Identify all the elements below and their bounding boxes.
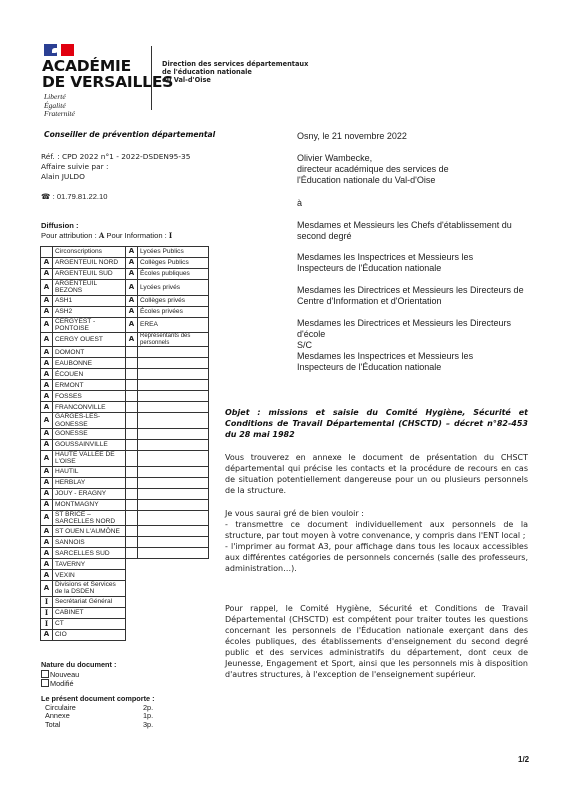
diffusion-legend: Pour attribution : A Pour Information : … xyxy=(41,231,172,240)
distribution-mark xyxy=(126,466,138,477)
table-row: CirconscriptionsALycées Publics xyxy=(41,247,209,258)
distribution-mark xyxy=(126,450,138,466)
recipient-name: ARGENTEUIL BEZONS xyxy=(53,280,126,296)
followed-by-name: Alain JULDO xyxy=(41,172,190,182)
empty-cell xyxy=(126,559,138,570)
legend-attribution-label: Pour attribution : xyxy=(41,231,97,240)
table-row: AERMONT xyxy=(41,380,209,391)
signatory-name: Olivier Wambecke, xyxy=(297,153,537,164)
nature-option-modifie[interactable]: Modifié xyxy=(41,679,116,689)
recipient-1: Mesdames et Messieurs les Chefs d'établi… xyxy=(297,220,529,242)
academy-line-2: DE VERSAILLES xyxy=(42,74,173,90)
empty-cell xyxy=(138,570,209,581)
distribution-mark: A xyxy=(41,295,53,306)
recipient-name: EAUBONNE xyxy=(53,358,126,369)
service-name: Conseiller de prévention départemental xyxy=(44,130,215,139)
table-row: AST BRICE – SARCELLES NORD xyxy=(41,510,209,526)
empty-cell xyxy=(126,596,138,607)
distribution-mark: I xyxy=(41,607,53,618)
table-row: AÉCOUEN xyxy=(41,369,209,380)
recipient-category xyxy=(138,380,209,391)
recipient-name: ARGENTEUIL NORD xyxy=(53,258,126,269)
distribution-mark: A xyxy=(126,269,138,280)
recipient-name: CABINET xyxy=(53,607,126,618)
diffusion-table: CirconscriptionsALycées PublicsAARGENTEU… xyxy=(40,246,209,641)
distribution-mark: A xyxy=(41,369,53,380)
recipient-3: Mesdames les Directrices et Messieurs le… xyxy=(297,285,529,307)
recipient-category xyxy=(138,439,209,450)
recipient-name: CIO xyxy=(53,629,126,640)
distribution-mark: A xyxy=(126,247,138,258)
recipient-category: Lycées privés xyxy=(138,280,209,296)
empty-cell xyxy=(126,618,138,629)
phone-number: : 01.79.81.22.10 xyxy=(53,192,108,201)
distribution-mark: A xyxy=(41,258,53,269)
recipient-name: ARGENTEUIL SUD xyxy=(53,269,126,280)
recipient-category: Représentants des personnels xyxy=(138,333,209,347)
nature-option-label: Modifié xyxy=(50,679,74,688)
table-row: ADOMONT xyxy=(41,347,209,358)
paragraph-1: Vous trouverez en annexe le document de … xyxy=(225,452,528,496)
distribution-mark: I xyxy=(41,596,53,607)
distribution-mark: A xyxy=(41,280,53,296)
table-row: ICT xyxy=(41,618,209,629)
distribution-mark xyxy=(126,548,138,559)
recipient-category: Écoles publiques xyxy=(138,269,209,280)
legend-information-label: Pour Information : xyxy=(106,231,166,240)
recipient-name: FOSSES xyxy=(53,391,126,402)
recipient-name: MONTMAGNY xyxy=(53,499,126,510)
signatory: Olivier Wambecke, directeur académique d… xyxy=(297,153,537,186)
recipient-name: JOUY - ERAGNY xyxy=(53,488,126,499)
distribution-mark xyxy=(126,526,138,537)
distribution-mark: A xyxy=(41,450,53,466)
distribution-mark: A xyxy=(41,439,53,450)
recipient-category: Collèges privés xyxy=(138,295,209,306)
table-row: AARGENTEUIL BEZONSALycées privés xyxy=(41,280,209,296)
recipient-name: DOMONT xyxy=(53,347,126,358)
recipient-category xyxy=(138,499,209,510)
table-row: AMONTMAGNY xyxy=(41,499,209,510)
direction-line-2: de l'éducation nationale xyxy=(162,68,308,76)
recipient-category xyxy=(138,450,209,466)
followed-by-label: Affaire suivie par : xyxy=(41,162,190,172)
table-row: ATAVERNY xyxy=(41,559,209,570)
distribution-mark: A xyxy=(41,537,53,548)
to-label: à xyxy=(297,198,537,209)
table-row: ACERGY OUESTAReprésentants des personnel… xyxy=(41,333,209,347)
republic-motto: Liberté Égalité Fraternité xyxy=(44,93,75,119)
recipient-name: CERGYEST - PONTOISE xyxy=(53,317,126,333)
table-row: AARGENTEUIL SUDAÉcoles publiques xyxy=(41,269,209,280)
recipient-name: FRANCONVILLE xyxy=(53,402,126,413)
sous-couvert: S/C xyxy=(297,340,537,351)
table-row: AVEXIN xyxy=(41,570,209,581)
composition-label: Total xyxy=(41,721,143,730)
distribution-mark xyxy=(126,402,138,413)
recipient-name: ASH1 xyxy=(53,295,126,306)
table-row: AFOSSES xyxy=(41,391,209,402)
recipient-name: ST BRICE – SARCELLES NORD xyxy=(53,510,126,526)
table-row: AHAUTE VALLÉE DE L'OISE xyxy=(41,450,209,466)
academy-name: ACADÉMIE DE VERSAILLES xyxy=(42,58,173,90)
distribution-mark: A xyxy=(41,306,53,317)
distribution-mark: A xyxy=(41,358,53,369)
distribution-mark: I xyxy=(41,618,53,629)
table-row: AHERBLAY xyxy=(41,477,209,488)
recipient-category xyxy=(138,466,209,477)
recipient-category: Lycées Publics xyxy=(138,247,209,258)
recipient-category xyxy=(138,402,209,413)
table-row: AGOUSSAINVILLE xyxy=(41,439,209,450)
recipient-name: ÉCOUEN xyxy=(53,369,126,380)
empty-cell xyxy=(138,607,209,618)
distribution-mark xyxy=(126,477,138,488)
recipient-name: GARGES-LES-GONESSE xyxy=(53,413,126,429)
signatory-title-1: directeur académique des services de xyxy=(297,164,537,175)
nature-option-nouveau[interactable]: Nouveau xyxy=(41,670,116,680)
empty-cell xyxy=(138,559,209,570)
distribution-mark: A xyxy=(41,380,53,391)
recipient-category: Écoles privées xyxy=(138,306,209,317)
recipient-category: EREA xyxy=(138,317,209,333)
table-row: AEAUBONNE xyxy=(41,358,209,369)
document-composition: Le présent document comporte : Circulair… xyxy=(41,695,155,729)
motto-fraternite: Fraternité xyxy=(44,110,75,119)
table-row: ADivisions et Services de la DSDEN xyxy=(41,581,209,597)
distribution-mark: A xyxy=(41,333,53,347)
distribution-mark xyxy=(126,499,138,510)
academy-line-1: ACADÉMIE xyxy=(42,58,173,74)
recipient-name: GOUSSAINVILLE xyxy=(53,439,126,450)
table-row: AHAUTIL xyxy=(41,466,209,477)
distribution-mark: A xyxy=(41,391,53,402)
recipient-category xyxy=(138,413,209,429)
distribution-mark xyxy=(126,413,138,429)
signatory-title-2: l'Éducation nationale du Val-d'Oise xyxy=(297,175,537,186)
recipient-name: Divisions et Services de la DSDEN xyxy=(53,581,126,597)
distribution-mark: A xyxy=(41,488,53,499)
recipient-category xyxy=(138,537,209,548)
empty-cell xyxy=(138,629,209,640)
composition-row: Total3p. xyxy=(41,721,155,730)
distribution-mark: A xyxy=(126,280,138,296)
legend-attribution-mark: A xyxy=(99,231,104,240)
distribution-mark: A xyxy=(41,581,53,597)
nature-option-label: Nouveau xyxy=(50,670,79,679)
document-nature: Nature du document : Nouveau Modifié xyxy=(41,660,116,689)
distribution-mark: A xyxy=(41,477,53,488)
paragraph-2-intro: Je vous saurai gré de bien vouloir : xyxy=(225,508,528,519)
recipient-category xyxy=(138,391,209,402)
distribution-mark: A xyxy=(126,258,138,269)
recipient-name: ASH2 xyxy=(53,306,126,317)
diffusion-title: Diffusion : xyxy=(41,221,79,230)
phone-line: ☎ : 01.79.81.22.10 xyxy=(41,192,108,201)
distribution-mark: A xyxy=(126,295,138,306)
table-row: AASH2AÉcoles privées xyxy=(41,306,209,317)
table-row: ISecrétariat Général xyxy=(41,596,209,607)
nature-title: Nature du document : xyxy=(41,660,116,670)
empty-cell xyxy=(138,618,209,629)
distribution-mark xyxy=(126,347,138,358)
distribution-mark xyxy=(126,369,138,380)
distribution-mark xyxy=(126,358,138,369)
letter-subject: Objet : missions et saisie du Comité Hyg… xyxy=(225,407,528,440)
recipient-category xyxy=(138,526,209,537)
recipient-name: HAUTE VALLÉE DE L'OISE xyxy=(53,450,126,466)
place-date: Osny, le 21 novembre 2022 xyxy=(297,131,537,142)
recipient-name: CERGY OUEST xyxy=(53,333,126,347)
recipient-name: Secrétariat Général xyxy=(53,596,126,607)
empty-cell xyxy=(126,581,138,597)
distribution-mark: A xyxy=(126,333,138,347)
distribution-mark: A xyxy=(41,559,53,570)
paragraph-2: Je vous saurai gré de bien vouloir : - t… xyxy=(225,508,528,574)
distribution-mark: A xyxy=(41,570,53,581)
distribution-mark: A xyxy=(41,629,53,640)
distribution-mark: A xyxy=(41,347,53,358)
sc-recipient: Mesdames les Inspectrices et Messieurs l… xyxy=(297,351,497,373)
distribution-mark: A xyxy=(41,548,53,559)
recipient-name: CT xyxy=(53,618,126,629)
table-row: AGONESSE xyxy=(41,428,209,439)
recipient-category: Collèges Publics xyxy=(138,258,209,269)
direction-line-1: Direction des services départementaux xyxy=(162,60,308,68)
table-row: AFRANCONVILLE xyxy=(41,402,209,413)
distribution-mark: A xyxy=(41,499,53,510)
legend-information-mark: I xyxy=(169,231,172,240)
paragraph-2-item-1: - transmettre ce document individuelleme… xyxy=(225,519,528,541)
table-row: AST OUEN L'AUMÔNE xyxy=(41,526,209,537)
recipient-category xyxy=(138,347,209,358)
distribution-mark xyxy=(126,428,138,439)
empty-cell xyxy=(126,629,138,640)
empty-cell xyxy=(138,581,209,597)
recipient-category xyxy=(138,488,209,499)
distribution-mark: A xyxy=(126,306,138,317)
recipient-2: Mesdames les Inspectrices et Messieurs l… xyxy=(297,252,497,274)
empty-cell xyxy=(126,607,138,618)
distribution-mark: A xyxy=(126,317,138,333)
recipient-category xyxy=(138,428,209,439)
paragraph-3: Pour rappel, le Comité Hygiène, Sécurité… xyxy=(225,603,528,680)
recipient-name: ST OUEN L'AUMÔNE xyxy=(53,526,126,537)
empty-cell xyxy=(126,570,138,581)
checkbox-icon[interactable] xyxy=(41,679,49,687)
recipient-name: GONESSE xyxy=(53,428,126,439)
distribution-mark xyxy=(126,488,138,499)
distribution-mark: A xyxy=(41,269,53,280)
recipient-name: SANNOIS xyxy=(53,537,126,548)
table-row: ICABINET xyxy=(41,607,209,618)
recipient-category xyxy=(138,548,209,559)
recipient-category xyxy=(138,369,209,380)
paragraph-2-item-2: - l'imprimer au format A3, pour affichag… xyxy=(225,541,528,574)
recipient-name: HERBLAY xyxy=(53,477,126,488)
distribution-mark: A xyxy=(41,466,53,477)
distribution-mark: A xyxy=(41,510,53,526)
distribution-mark xyxy=(126,510,138,526)
recipient-name: Circonscriptions xyxy=(53,247,126,258)
table-row: ASANNOIS xyxy=(41,537,209,548)
table-row: ASARCELLES SUD xyxy=(41,548,209,559)
distribution-mark xyxy=(126,537,138,548)
table-row: ACERGYEST - PONTOISEAEREA xyxy=(41,317,209,333)
distribution-mark xyxy=(126,391,138,402)
recipient-name: SARCELLES SUD xyxy=(53,548,126,559)
recipient-name: HAUTIL xyxy=(53,466,126,477)
distribution-mark: A xyxy=(41,526,53,537)
distribution-mark: A xyxy=(41,317,53,333)
distribution-mark: A xyxy=(41,413,53,429)
recipient-4: Mesdames les Directrices et Messieurs le… xyxy=(297,318,529,340)
header-divider xyxy=(151,46,152,110)
recipient-name: TAVERNY xyxy=(53,559,126,570)
table-row: AJOUY - ERAGNY xyxy=(41,488,209,499)
composition-value: 3p. xyxy=(143,721,153,730)
recipient-category xyxy=(138,510,209,526)
distribution-mark: A xyxy=(41,402,53,413)
reference: Réf. : CPD 2022 n°1 - 2022-DSDEN95-35 xyxy=(41,152,190,162)
recipient-category xyxy=(138,477,209,488)
distribution-mark xyxy=(126,439,138,450)
table-row: AARGENTEUIL NORDACollèges Publics xyxy=(41,258,209,269)
recipient-name: ERMONT xyxy=(53,380,126,391)
empty-cell xyxy=(138,596,209,607)
direction-line-3: du Val-d'Oise xyxy=(162,76,308,84)
telephone-icon: ☎ xyxy=(41,192,50,201)
marianne-flag-logo xyxy=(44,44,74,56)
recipient-name: VEXIN xyxy=(53,570,126,581)
direction-block: Direction des services départementaux de… xyxy=(162,60,308,84)
recipient-category xyxy=(138,358,209,369)
table-row: AASH1ACollèges privés xyxy=(41,295,209,306)
table-row: AGARGES-LES-GONESSE xyxy=(41,413,209,429)
distribution-mark xyxy=(41,247,53,258)
distribution-mark xyxy=(126,380,138,391)
checkbox-icon[interactable] xyxy=(41,670,49,678)
table-row: ACIO xyxy=(41,629,209,640)
distribution-mark: A xyxy=(41,428,53,439)
reference-block: Réf. : CPD 2022 n°1 - 2022-DSDEN95-35 Af… xyxy=(41,152,190,182)
page-number: 1/2 xyxy=(518,755,529,764)
